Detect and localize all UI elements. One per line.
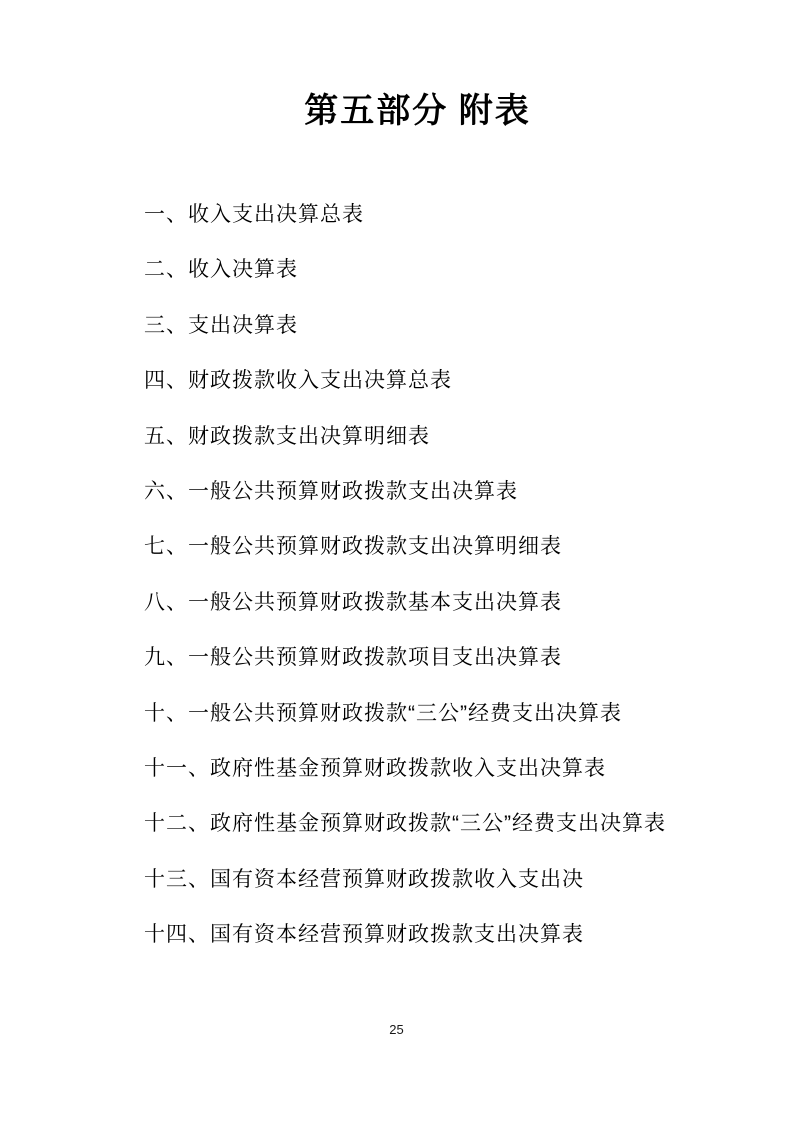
- page-number: 25: [0, 1021, 793, 1039]
- list-item: 九、一般公共预算财政拨款项目支出决算表: [144, 630, 733, 685]
- appendix-table-list: 一、收入支出决算总表 二、收入决算表 三、支出决算表 四、财政拨款收入支出决算总…: [144, 187, 733, 962]
- list-item: 十、一般公共预算财政拨款“三公”经费支出决算表: [144, 686, 733, 741]
- list-item: 七、一般公共预算财政拨款支出决算明细表: [144, 519, 733, 574]
- list-item: 三、支出决算表: [144, 298, 733, 353]
- list-item: 一、收入支出决算总表: [144, 187, 733, 242]
- list-item: 二、收入决算表: [144, 242, 733, 297]
- list-item: 十一、政府性基金预算财政拨款收入支出决算表: [144, 741, 733, 796]
- list-item: 八、一般公共预算财政拨款基本支出决算表: [144, 575, 733, 630]
- list-item: 十三、国有资本经营预算财政拨款收入支出决: [144, 852, 733, 907]
- list-item: 五、财政拨款支出决算明细表: [144, 409, 733, 464]
- page-title: 第五部分 附表: [21, 92, 793, 132]
- list-item: 六、一般公共预算财政拨款支出决算表: [144, 464, 733, 519]
- list-item: 四、财政拨款收入支出决算总表: [144, 353, 733, 408]
- list-item: 十二、政府性基金预算财政拨款“三公”经费支出决算表: [144, 796, 733, 851]
- list-item: 十四、国有资本经营预算财政拨款支出决算表: [144, 907, 733, 962]
- document-page: 第五部分 附表 一、收入支出决算总表 二、收入决算表 三、支出决算表 四、财政拨…: [0, 0, 793, 1122]
